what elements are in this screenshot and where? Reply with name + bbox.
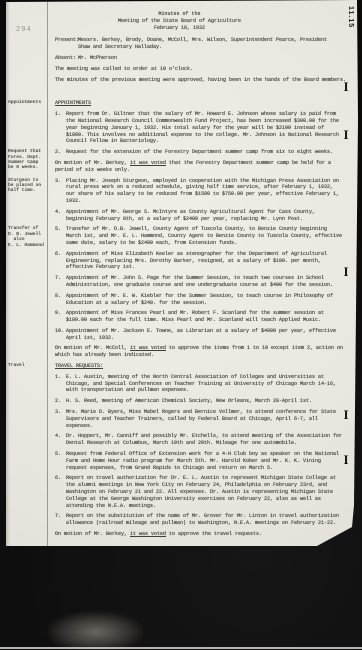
appointment-item-10: 10. Appointment of Mr. Jackson E. Towne,… [55,328,348,342]
present-line: Present: Messrs. Berkey, Brody, Doane, M… [55,37,348,51]
appointment-item-4: 4. Appointment of Mr. George S. McIntyre… [55,209,348,223]
travel-item-7: 7. Report on the substitution of the nam… [55,513,348,527]
called-to-order-line: The meeting was called to order at 10 o'… [55,66,348,73]
travel-item-4: 4. Dr. Hoppert, Mr. Canniff and possibly… [55,433,348,447]
travel-section-heading: Travel TRAVEL REQUESTS: [55,363,348,370]
inkbleed-mark-4: I [341,408,351,422]
inkbleed-mark-5: I [341,453,351,467]
title-line-3: February 18, 1932 [55,25,304,32]
appointment-item-5: Transfer of D. B. Jewell also E. L. Hamm… [55,226,348,246]
appointment-item-3: Sturgeon to be placed on half time. 3. P… [55,178,348,205]
motion-approve-appointments: On motion of Mr. McColl, it was voted to… [55,345,345,359]
title-line-2: Meeting of the State Board of Agricultur… [55,18,304,25]
title-line-1: Minutes of the [55,11,304,18]
appointment-item-9: 9. Appointment of Miss Frances Pearl and… [55,310,348,324]
appointments-section-heading: Appointments APPOINTMENTS [55,100,348,107]
appointment-item-8: 8. Appointment of Mr. E. W. Kiebler for … [55,293,348,307]
absent-names: Mr. McPherson [78,55,336,62]
margin-note-travel: Travel [8,363,48,368]
minutes-approved-line: The minutes of the previous meeting were… [55,77,348,84]
appointment-item-7: 7. Appointment of Mr. John S. Page for t… [55,275,348,289]
inkbleed-mark-2: I [341,128,351,142]
margin-note-forestry-camp: Request that Fores. Dept. Summer Camp be… [8,149,48,171]
microfilm-frame-stamp: 11.15 [347,6,354,28]
inkbleed-mark-1: I [341,80,351,94]
page-number-stamp: 294 [16,26,32,34]
travel-item-6: 6. Report on travel authorization for Dr… [55,475,348,509]
motion-forestry-camp: On motion of Mr. Berkey, it was voted th… [55,160,345,174]
document-title: Minutes of the Meeting of the State Boar… [55,11,348,31]
travel-item-5: 5. Request from Federal Office of Extens… [55,451,348,471]
travel-item-1: 1. E. L. Austin, meeting of the North Ce… [55,374,348,394]
page-left-edge-shadow [6,0,10,546]
appointment-item-1: 1. Report from Dr. Giltner that the sala… [55,111,348,145]
travel-item-3: 3. Mrs. Marie D. Byers, Miss Mabel Roger… [55,409,348,429]
margin-note-appointments: Appointments [8,100,48,105]
appointment-item-2: Request that Fores. Dept. Summer Camp be… [55,149,348,156]
margin-rule-line [47,0,48,546]
typewritten-body: Minutes of the Meeting of the State Boar… [55,11,348,542]
absent-line: Absent: Mr. McPherson [55,55,348,62]
motion-approve-travel: On motion of Mr. Berkey, it was voted to… [55,531,345,538]
fingerprint-smudge [48,612,143,650]
scan-bottom-edge-line [0,647,362,649]
margin-note-sturgeon: Sturgeon to be placed on half time. [8,178,48,194]
inkbleed-mark-3: I [341,265,351,279]
travel-item-2: 2. H. S. Reed, meeting of American Chemi… [55,398,348,405]
present-names: Messrs. Berkey, Brody, Doane, McColl, Mr… [78,37,336,51]
absent-label: Absent: [55,55,78,62]
appointment-item-6: 6. Appointment of Miss Elizabeth Keeler … [55,251,348,271]
margin-note-transfer: Transfer of D. B. Jewell also E. L. Hamm… [8,226,48,248]
present-label: Present: [55,37,78,51]
